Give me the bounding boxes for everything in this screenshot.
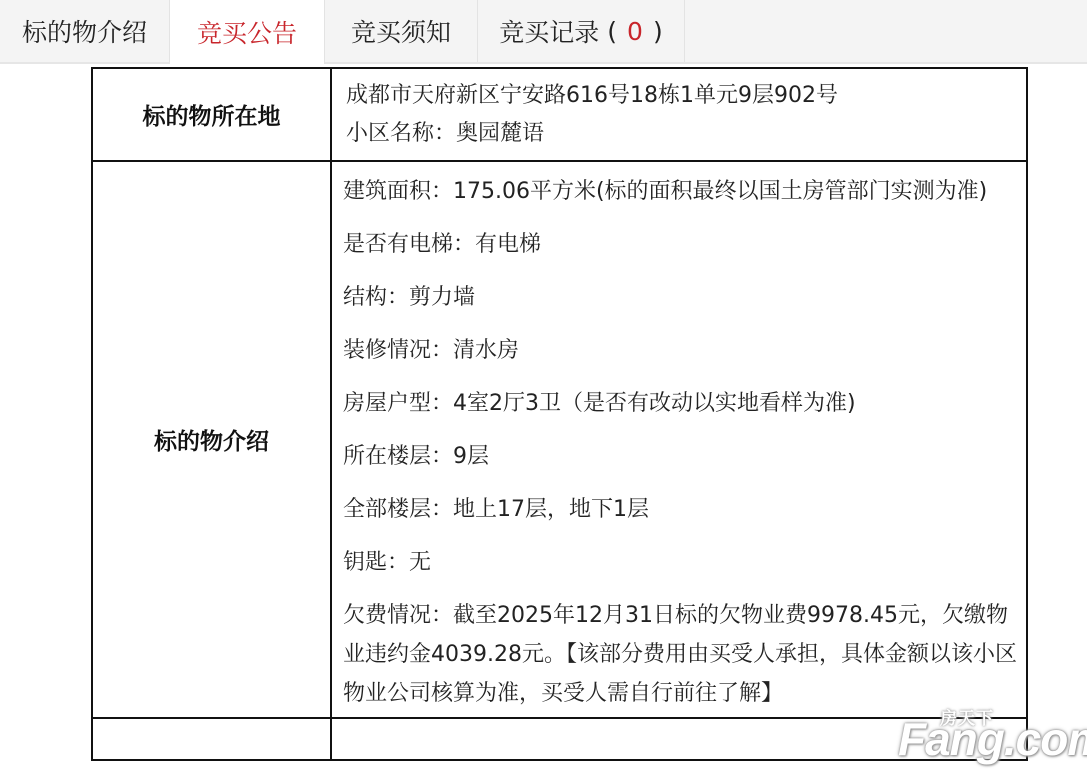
decoration-text: 装修情况：清水房 xyxy=(343,331,1024,370)
count-paren-open: ( xyxy=(607,17,617,46)
arrears-text: 欠费情况：截至2025年12月31日标的欠物业费9978.45元，欠缴物业违约金… xyxy=(343,596,1024,713)
count-paren-close: ) xyxy=(653,17,663,46)
table-row-location: 标的物所在地 成都市天府新区宁安路616号18栋1单元9层902号 小区名称：奥… xyxy=(92,68,1027,161)
next-row-value xyxy=(331,718,1027,760)
tab-bid-records[interactable]: 竞买记录 ( 0 ) xyxy=(478,0,685,62)
tab-label: 竞买公告 xyxy=(197,14,297,50)
tab-label: 竞买须知 xyxy=(351,13,451,49)
floor-text: 所在楼层：9层 xyxy=(343,437,1024,476)
property-info-table: 标的物所在地 成都市天府新区宁安路616号18栋1单元9层902号 小区名称：奥… xyxy=(91,67,1028,761)
table-row-next xyxy=(92,718,1027,760)
table-row-intro: 标的物介绍 建筑面积：175.06平方米(标的面积最终以国土房管部门实测为准) … xyxy=(92,161,1027,718)
intro-value: 建筑面积：175.06平方米(标的面积最终以国土房管部门实测为准) 是否有电梯：… xyxy=(331,161,1027,718)
layout-text: 房屋户型：4室2厅3卫（是否有改动以实地看样为准) xyxy=(343,384,1024,423)
intro-label: 标的物介绍 xyxy=(92,161,331,718)
tab-auction-notice[interactable]: 竞买须知 xyxy=(325,0,478,62)
tab-item-intro[interactable]: 标的物介绍 xyxy=(0,0,170,62)
location-value: 成都市天府新区宁安路616号18栋1单元9层902号 小区名称：奥园麓语 xyxy=(331,68,1027,161)
elevator-text: 是否有电梯：有电梯 xyxy=(343,225,1024,264)
building-area-text: 建筑面积：175.06平方米(标的面积最终以国土房管部门实测为准) xyxy=(343,172,1024,211)
tab-label: 竞买记录 xyxy=(499,13,599,49)
bid-count-badge: 0 xyxy=(627,17,643,46)
tab-bar: 标的物介绍 竞买公告 竞买须知 竞买记录 ( 0 ) xyxy=(0,0,1087,64)
location-label: 标的物所在地 xyxy=(92,68,331,161)
community-name-text: 小区名称：奥园麓语 xyxy=(343,115,1024,153)
total-floors-text: 全部楼层：地上17层，地下1层 xyxy=(343,490,1024,529)
next-row-label xyxy=(92,718,331,760)
structure-text: 结构：剪力墙 xyxy=(343,278,1024,317)
tab-auction-announcement[interactable]: 竞买公告 xyxy=(170,0,325,64)
tab-label: 标的物介绍 xyxy=(22,13,147,49)
address-text: 成都市天府新区宁安路616号18栋1单元9层902号 xyxy=(343,77,1024,115)
property-info-table-wrapper: 标的物所在地 成都市天府新区宁安路616号18栋1单元9层902号 小区名称：奥… xyxy=(91,67,1028,761)
keys-text: 钥匙：无 xyxy=(343,543,1024,582)
